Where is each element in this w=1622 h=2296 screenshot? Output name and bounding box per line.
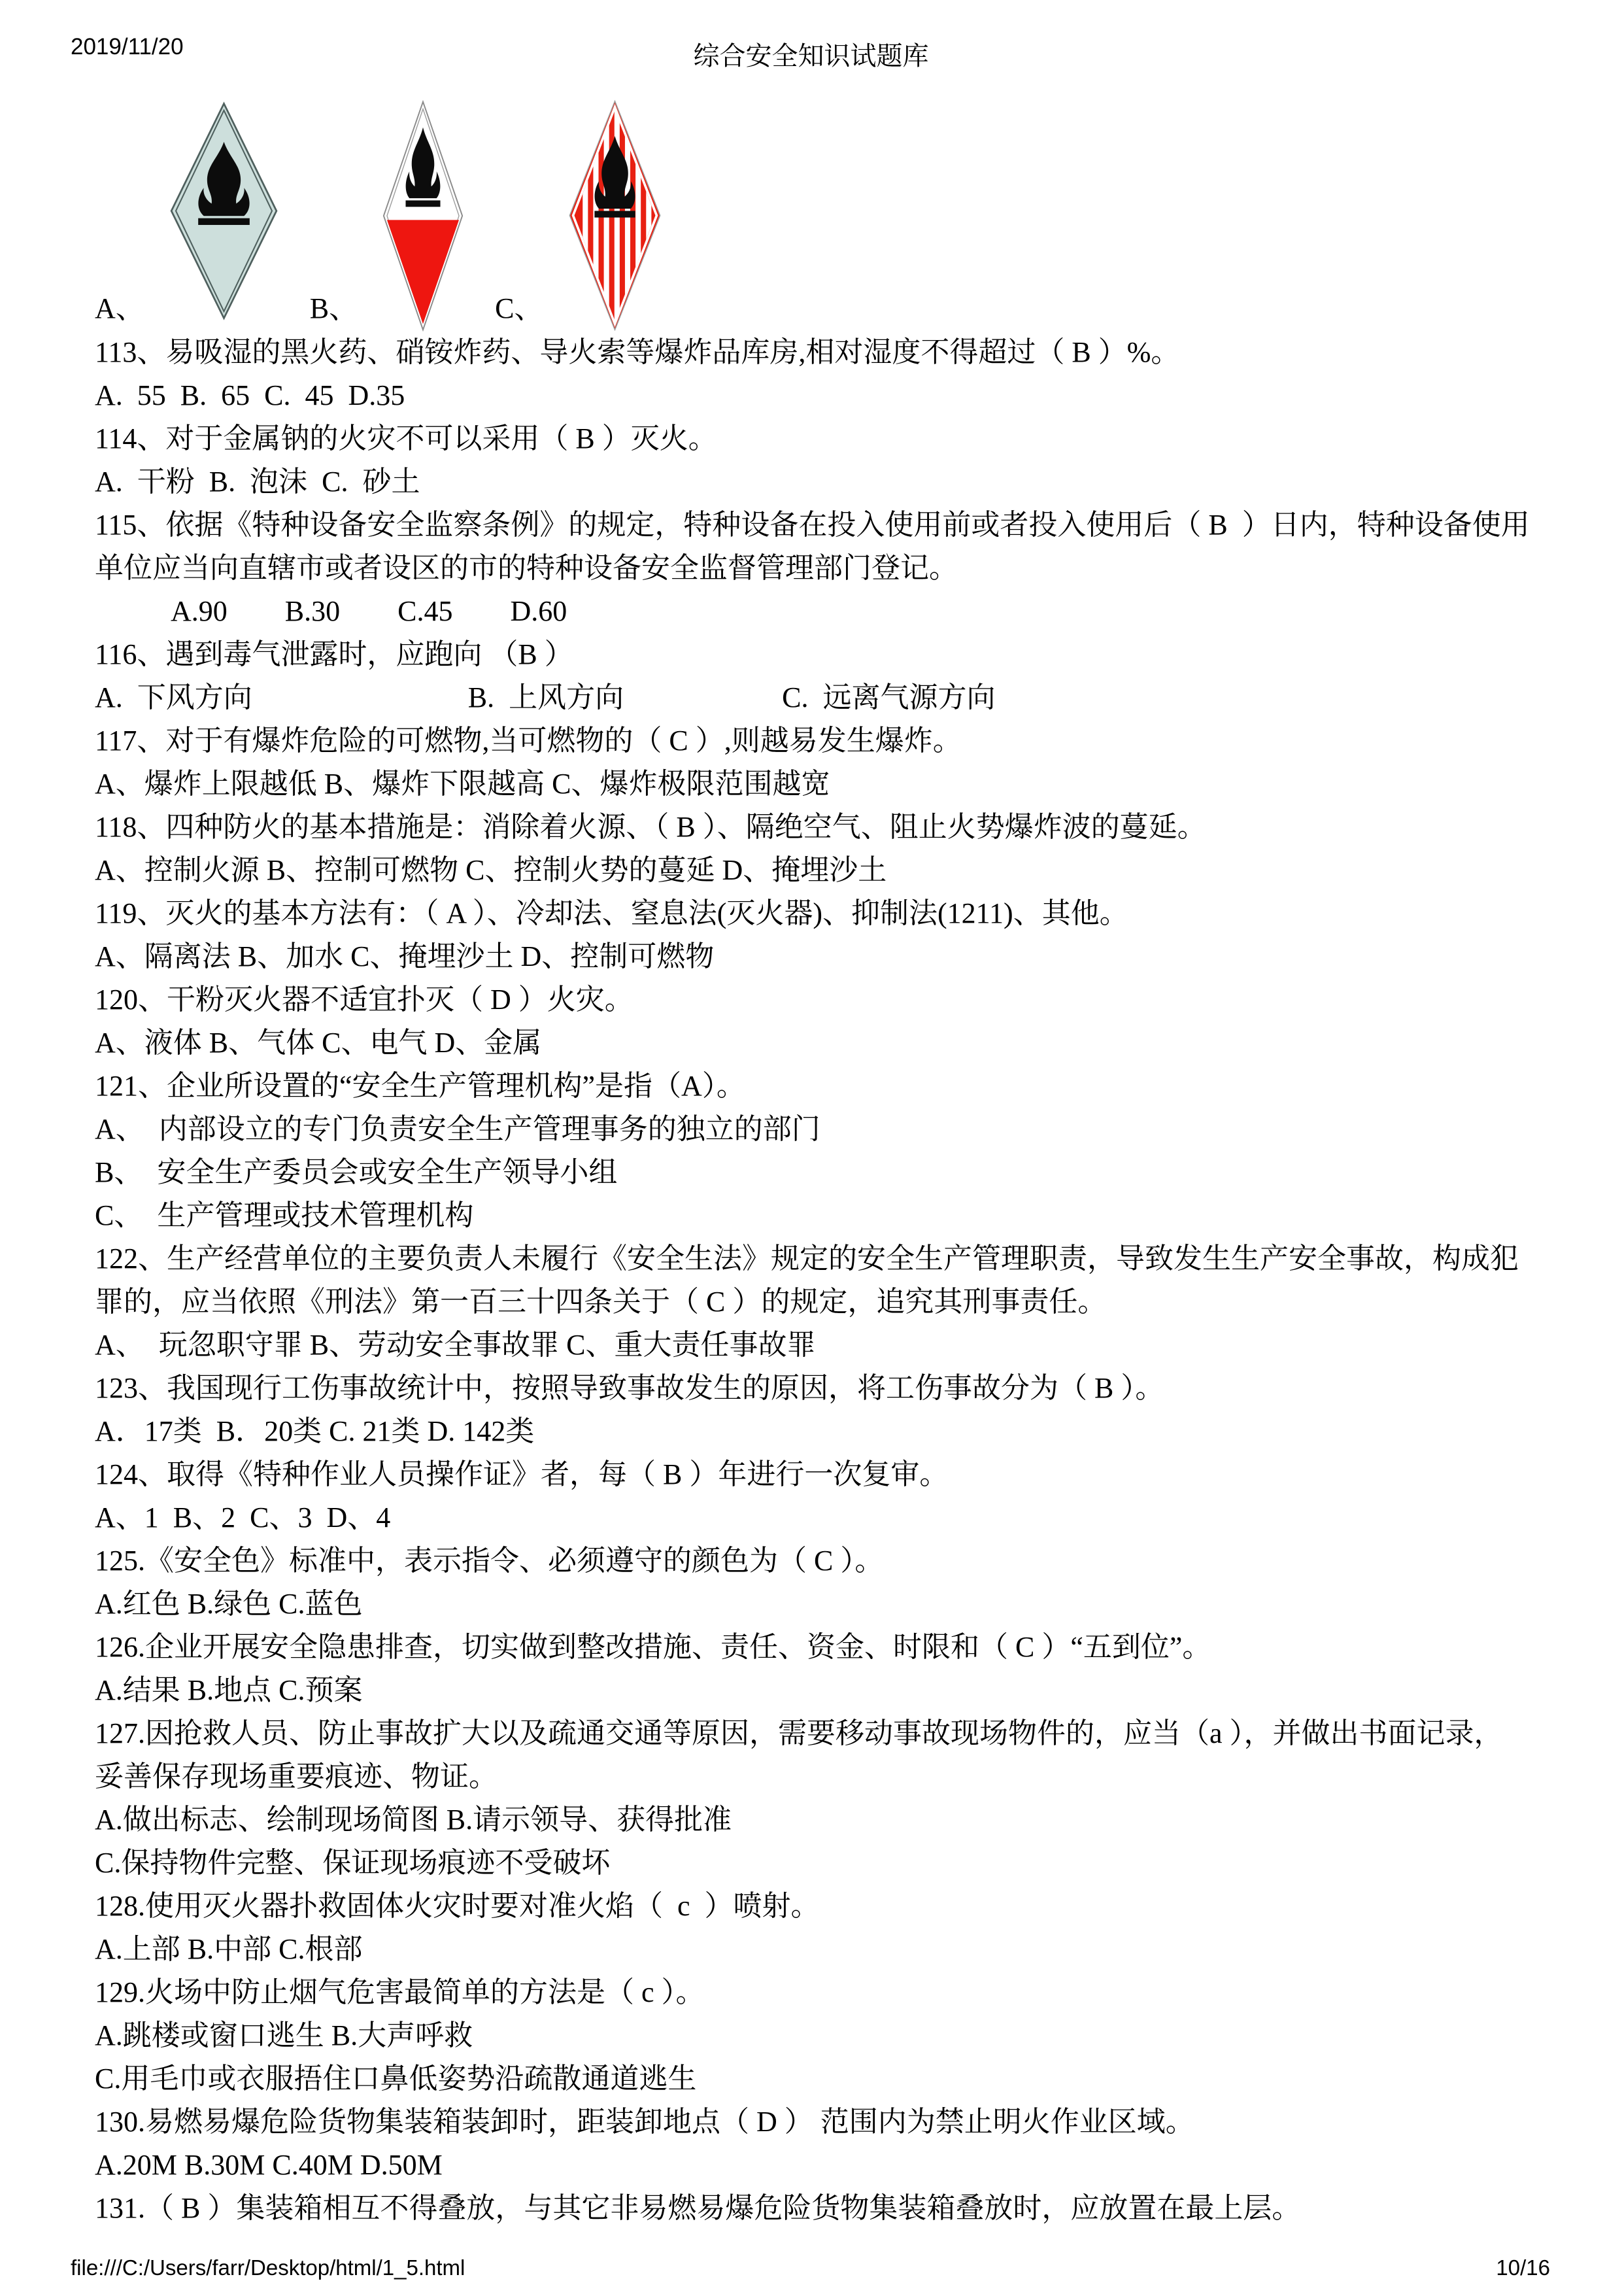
option-line: B、 安全生产委员会或安全生产领导小组 [95,1151,1596,1194]
question-line: 123、我国现行工伤事故统计中，按照导致事故发生的原因，将工伤事故分为（ B ）… [95,1367,1596,1410]
placard-label-b: B、 [310,294,358,323]
question-line: 114、对于金属钠的火灾不可以采用（ B ）灭火。 [95,417,1596,460]
option-line: A.做出标志、绘制现场简图 B.请示领导、获得批准 [95,1798,1596,1842]
option-line: C.用毛巾或衣服捂住口鼻低姿势沿疏散通道逃生 [95,2057,1596,2100]
option-line: A. 下风方向 B. 上风方向 C. 远离气源方向 [95,676,1596,719]
question-line: 113、易吸湿的黑火药、硝铵炸药、导火索等爆炸品库房,相对湿度不得超过（ B ）… [95,331,1596,374]
hazard-placards-row: A、 B、 C、 [95,95,693,332]
question-line: 127.因抢救人员、防止事故扩大以及疏通交通等原因，需要移动事故现场物件的，应当… [95,1712,1596,1755]
flammable-placard-red-bottom-icon [381,99,465,332]
print-page: 2019/11/20 综合安全知识试题库 A、 B、 C、 [0,0,1622,2296]
question-line: 121、企业所设置的“安全生产管理机构”是指（A）。 [95,1065,1596,1108]
option-line: A.跳楼或窗口逃生 B.大声呼救 [95,2014,1596,2057]
question-line: 116、遇到毒气泄露时，应跑向 （B ） [95,633,1596,676]
option-line: A、隔离法 B、加水 C、掩埋沙土 D、控制可燃物 [95,935,1596,978]
question-line: 126.企业开展安全隐患排查，切实做到整改措施、责任、资金、时限和（ C ）“五… [95,1626,1596,1669]
placard-label-a: A、 [95,294,144,323]
question-line: 130.易燃易爆危险货物集装箱装卸时，距装卸地点（ D ） 范围内为禁止明火作业… [95,2100,1596,2144]
print-footer: file:///C:/Users/farr/Desktop/html/1_5.h… [71,2255,1550,2284]
option-line: A、1 B、2 C、3 D、4 [95,1496,1596,1539]
option-line: A. 干粉 B. 泡沫 C. 砂土 [95,460,1596,504]
page-title: 综合安全知识试题库 [0,35,1622,73]
question-line: 129.火场中防止烟气危害最简单的方法是（ c ）。 [95,1971,1596,2014]
option-line: A.结果 B.地点 C.预案 [95,1669,1596,1712]
option-line: A、爆炸上限越低 B、爆炸下限越高 C、爆炸极限范围越宽 [95,762,1596,806]
option-line: A、 内部设立的专门负责安全生产管理事务的独立的部门 [95,1108,1596,1151]
option-line: A.红色 B.绿色 C.蓝色 [95,1583,1596,1626]
question-line: 122、生产经营单位的主要负责人未履行《安全生法》规定的安全生产管理职责，导致发… [95,1237,1596,1280]
option-line: A. 55 B. 65 C. 45 D.35 [95,374,1596,417]
option-line: 单位应当向直辖市或者设区的市的特种设备安全监督管理部门登记。 [95,547,1596,590]
option-line: C、 生产管理或技术管理机构 [95,1194,1596,1237]
flammable-placard-striped-icon [567,99,663,332]
print-header: 2019/11/20 综合安全知识试题库 [0,34,1622,65]
option-line: 罪的，应当依照《刑法》第一百三十四条关于（ C ）的规定，追究其刑事责任。 [95,1280,1596,1324]
placard-label-c: C、 [495,294,543,323]
question-list: 113、易吸湿的黑火药、硝铵炸药、导火索等爆炸品库房,相对湿度不得超过（ B ）… [0,331,1622,2230]
question-line: 128.使用灭火器扑救固体火灾时要对准火焰（ c ）喷射。 [95,1885,1596,1928]
flammable-placard-pale-icon [168,101,280,320]
page-number: 10/16 [1496,2255,1550,2280]
option-line: A.20M B.30M C.40M D.50M [95,2144,1596,2187]
question-line: 115、依据《特种设备安全监察条例》的规定，特种设备在投入使用前或者投入使用后（… [95,504,1596,547]
option-line: A、 玩忽职守罪 B、劳动安全事故罪 C、重大责任事故罪 [95,1324,1596,1367]
question-line: 124、取得《特种作业人员操作证》者，每（ B ）年进行一次复审。 [95,1453,1596,1496]
question-line: 117、对于有爆炸危险的可燃物,当可燃物的（ C ）,则越易发生爆炸。 [95,719,1596,762]
option-line: A．17类 B．20类 C. 21类 D. 142类 [95,1410,1596,1453]
option-line: A、液体 B、气体 C、电气 D、金属 [95,1021,1596,1065]
question-line: 119、灭火的基本方法有：（ A ）、冷却法、窒息法(灭火器)、抑制法(1211… [95,892,1596,935]
option-line: A、控制火源 B、控制可燃物 C、控制火势的蔓延 D、掩埋沙土 [95,849,1596,892]
question-line: 118、四种防火的基本措施是：消除着火源、（ B ）、隔绝空气、阻止火势爆炸波的… [95,806,1596,849]
option-line: A.上部 B.中部 C.根部 [95,1928,1596,1971]
file-url: file:///C:/Users/farr/Desktop/html/1_5.h… [71,2255,465,2280]
option-line: A.90 B.30 C.45 D.60 [95,590,1596,633]
question-line: 131.（ B ）集装箱相互不得叠放，与其它非易燃易爆危险货物集装箱叠放时，应放… [95,2187,1596,2230]
question-line: 125.《安全色》标准中，表示指令、必须遵守的颜色为（ C ）。 [95,1539,1596,1583]
question-line: 120、干粉灭火器不适宜扑灭（ D ）火灾。 [95,978,1596,1021]
option-line: 妥善保存现场重要痕迹、物证。 [95,1755,1596,1798]
option-line: C.保持物件完整、保证现场痕迹不受破坏 [95,1842,1596,1885]
